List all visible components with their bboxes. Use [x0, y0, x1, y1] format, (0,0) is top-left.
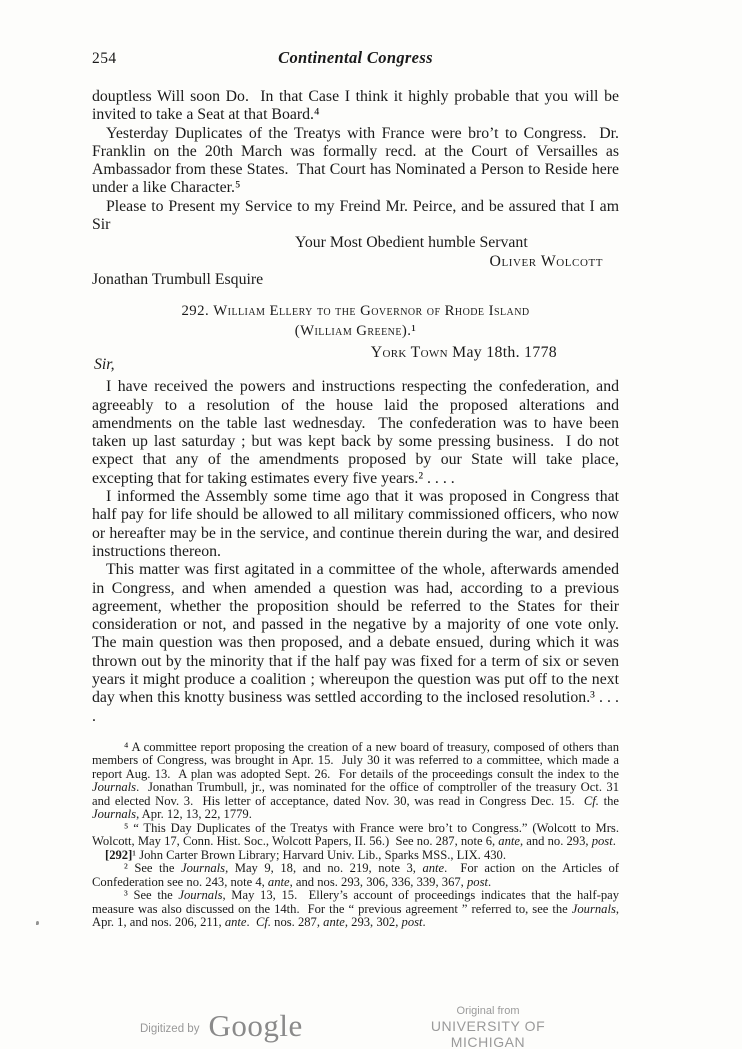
- footnote-3: ³ See the Journals, May 13, 15. Ellery’s…: [92, 889, 619, 930]
- library-watermark: Original from UNIVERSITY OF MICHIGAN: [408, 1005, 568, 1049]
- salutation: Sir,: [94, 356, 115, 374]
- book-page-scan: 254 Continental Congress douptless Will …: [0, 0, 742, 1049]
- ellery-paragraph-debate: This matter was first agitated in a comm…: [92, 561, 619, 726]
- wolcott-closing: Your Most Obedient humble Servant: [92, 234, 619, 252]
- footnote-2: ² See the Journals, May 9, 18, and no. 2…: [92, 862, 619, 889]
- running-head-title: Continental Congress: [92, 48, 619, 68]
- google-watermark: Digitized by Google: [140, 1008, 303, 1044]
- footnote-1-source: [292]¹ John Carter Brown Library; Harvar…: [92, 849, 619, 863]
- scan-speck: [36, 921, 39, 925]
- wolcott-addressee: Jonathan Trumbull Esquire: [92, 271, 619, 289]
- dateline-row: Sir, York Town May 18th. 1778: [92, 343, 619, 378]
- original-from-label: Original from: [408, 1005, 568, 1017]
- ellery-paragraph-confederation: I have received the powers and instructi…: [92, 378, 619, 488]
- wolcott-paragraph-service: Please to Present my Service to my Frein…: [92, 198, 619, 235]
- wolcott-signature: Oliver Wolcott: [92, 253, 619, 271]
- ellery-letter-heading: 292. William Ellery to the Governor of R…: [92, 302, 619, 341]
- page-text-block: douptless Will soon Do. In that Case I t…: [92, 88, 619, 930]
- wolcott-paragraph-treaties: Yesterday Duplicates of the Treatys with…: [92, 125, 619, 198]
- running-header: 254 Continental Congress: [92, 48, 619, 70]
- dateline: York Town May 18th. 1778: [371, 344, 557, 362]
- footnote-5: ⁵ “ This Day Duplicates of the Treatys w…: [92, 822, 619, 849]
- google-logo: Google: [208, 1008, 302, 1044]
- page-number: 254: [92, 50, 117, 68]
- wolcott-paragraph-continuation: douptless Will soon Do. In that Case I t…: [92, 88, 619, 125]
- institution-label: UNIVERSITY OF MICHIGAN: [408, 1018, 568, 1049]
- letter-heading-line1: 292. William Ellery to the Governor of R…: [92, 302, 619, 322]
- ellery-paragraph-half-pay: I informed the Assembly some time ago th…: [92, 488, 619, 561]
- footnote-4: ⁴ A committee report proposing the creat…: [92, 741, 619, 822]
- digitized-by-label: Digitized by: [140, 1023, 199, 1035]
- letter-heading-line2: (William Greene).¹: [92, 322, 619, 342]
- footnotes-section: ⁴ A committee report proposing the creat…: [92, 741, 619, 930]
